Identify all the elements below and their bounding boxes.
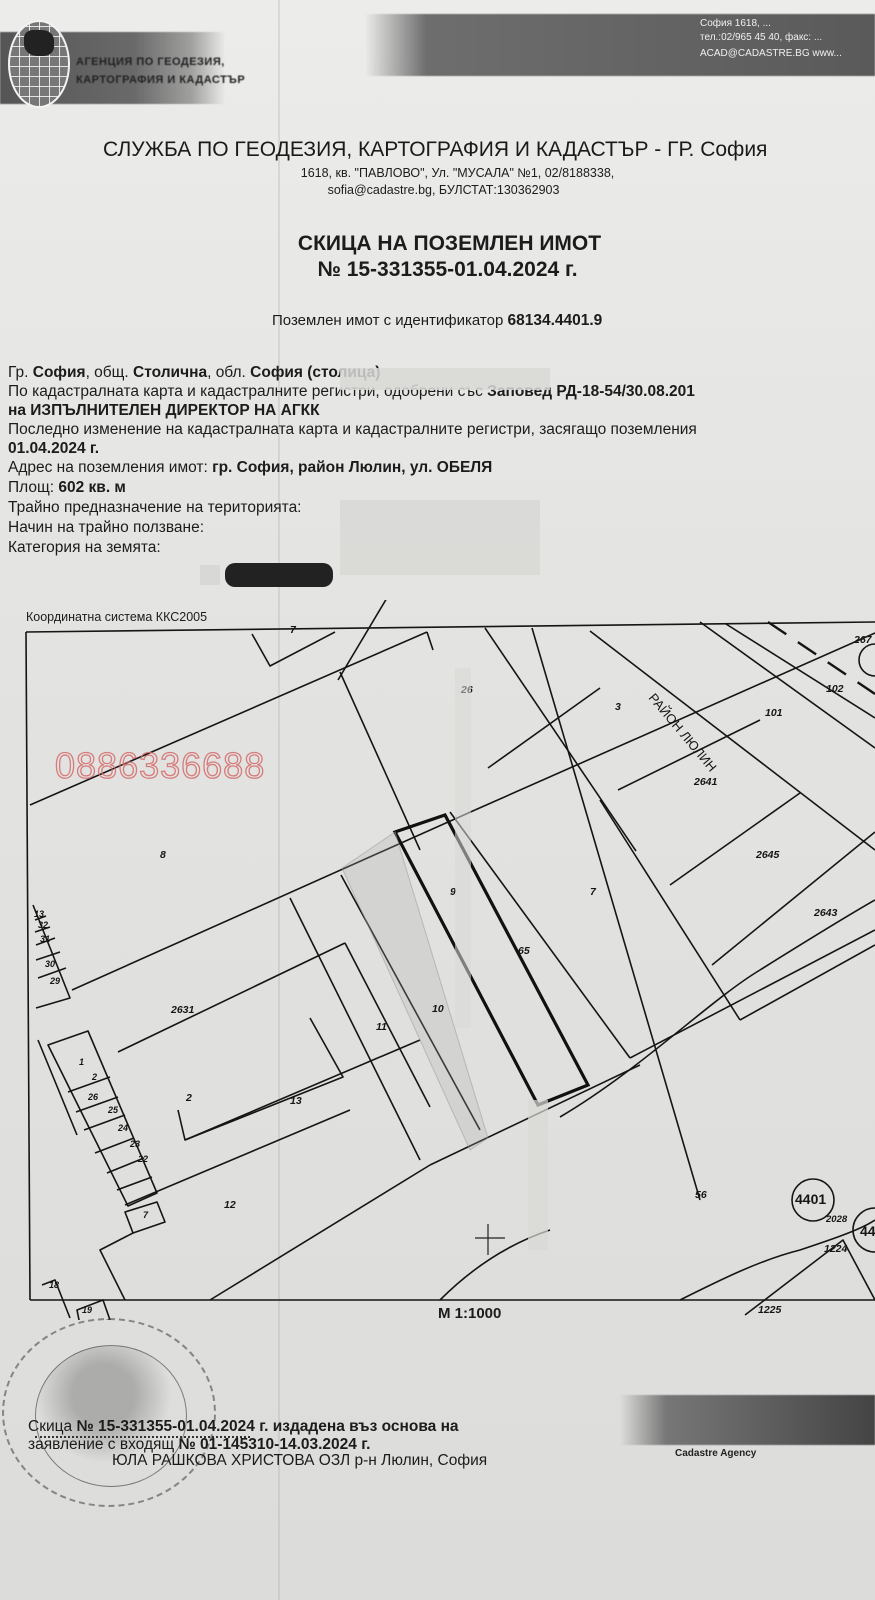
request-prefix: заявление с входящ <box>28 1436 178 1453</box>
agency-name-line1: АГЕНЦИЯ ПО ГЕОДЕЗИЯ, <box>76 56 225 68</box>
location-line: Гр. София, общ. Столична, обл. София (ст… <box>8 364 380 382</box>
svg-text:8: 8 <box>160 849 166 861</box>
purpose-line: Трайно предназначение на територията: <box>8 499 302 517</box>
svg-text:2: 2 <box>185 1092 192 1104</box>
contact-phone: тел.:02/965 45 40, факс: ... <box>700 32 822 43</box>
signature-line <box>35 1436 250 1438</box>
loc-prefix: Гр. <box>8 364 33 381</box>
cadastral-map: 7 26 3 101 102 267 2641 2645 2643 8 9 65… <box>0 600 875 1320</box>
area-line: Площ: 602 кв. м <box>8 479 126 497</box>
last-change-line: Последно изменение на кадастралната карт… <box>8 421 697 439</box>
svg-text:31: 31 <box>40 934 50 944</box>
svg-text:18: 18 <box>49 1280 59 1290</box>
svg-text:11: 11 <box>376 1021 387 1033</box>
svg-text:101: 101 <box>765 707 783 719</box>
category-line: Категория на земята: <box>8 539 161 557</box>
agency-globe-logo-icon <box>8 20 70 108</box>
svg-text:10: 10 <box>432 1003 444 1015</box>
svg-text:25: 25 <box>107 1105 119 1115</box>
request-number: № 01-145310-14.03.2024 г. <box>178 1436 370 1453</box>
property-identifier: Поземлен имот с идентификатор 68134.4401… <box>272 312 602 330</box>
agency-name-line2: КАРТОГРАФИЯ И КАДАСТЪР <box>76 74 245 86</box>
phone-watermark: 0886336688 <box>55 745 265 787</box>
svg-text:13: 13 <box>290 1095 302 1107</box>
svg-text:2641: 2641 <box>693 776 718 788</box>
loc-prefix: , общ. <box>86 364 133 381</box>
identifier-value: 68134.4401.9 <box>507 312 602 329</box>
sketch-title: СКИЦА НА ПОЗЕМЛЕН ИМОТ <box>12 232 875 256</box>
address-label: Адрес на поземления имот: <box>8 459 212 476</box>
address-line: Адрес на поземления имот: гр. София, рай… <box>8 459 492 477</box>
issue-line-1: Скица № 15-331355-01.04.2024 г. издадена… <box>28 1418 459 1436</box>
svg-text:267: 267 <box>853 634 873 646</box>
svg-text:1: 1 <box>79 1057 84 1067</box>
loc-city: София <box>33 364 86 381</box>
district-badge-4401: 4401 <box>795 1191 826 1207</box>
svg-text:29: 29 <box>49 976 60 986</box>
identifier-label: Поземлен имот с идентификатор <box>272 312 503 329</box>
loc-municipality: Столична <box>133 364 207 381</box>
contact-email: ACAD@CADASTRE.BG www... <box>700 48 842 59</box>
svg-text:1224: 1224 <box>824 1243 848 1255</box>
sketch-number-footer: № 15-331355-01.04.2024 г. <box>76 1418 268 1435</box>
svg-text:65: 65 <box>518 945 530 957</box>
svg-text:2643: 2643 <box>813 907 838 919</box>
svg-text:22: 22 <box>137 1154 148 1164</box>
electronic-signature-block <box>620 1395 875 1445</box>
issue-suffix: издадена въз основа на <box>268 1418 458 1435</box>
parcel-label: 7 <box>290 624 297 636</box>
usage-line: Начин на трайно ползване: <box>8 519 204 537</box>
address-value: гр. София, район Люлин, ул. ОБЕЛЯ <box>212 459 492 476</box>
redaction-overlay <box>200 565 220 585</box>
svg-text:44: 44 <box>860 1223 875 1239</box>
sketch-number: № 15-331355-01.04.2024 г. <box>10 258 875 282</box>
redaction-overlay <box>455 668 471 1028</box>
bulgaria-map-icon <box>24 30 54 56</box>
redaction-overlay <box>340 368 550 390</box>
svg-text:19: 19 <box>82 1305 92 1315</box>
svg-text:24: 24 <box>117 1123 128 1133</box>
letterhead-banner-right <box>365 14 875 76</box>
loc-prefix: , обл. <box>207 364 250 381</box>
redaction-overlay <box>340 500 540 575</box>
last-change-date: 01.04.2024 г. <box>8 440 99 458</box>
svg-text:26: 26 <box>87 1092 99 1102</box>
issue-prefix: Скица <box>28 1418 76 1435</box>
svg-text:2028: 2028 <box>825 1214 848 1225</box>
svg-text:102: 102 <box>826 683 844 695</box>
svg-text:13: 13 <box>34 909 44 919</box>
svg-text:12: 12 <box>224 1199 236 1211</box>
esign-agency-label: Cadastre Agency <box>675 1448 756 1459</box>
svg-text:2: 2 <box>91 1072 97 1082</box>
service-title: СЛУЖБА ПО ГЕОДЕЗИЯ, КАРТОГРАФИЯ И КАДАСТ… <box>103 138 767 162</box>
svg-text:2631: 2631 <box>170 1004 195 1016</box>
map-scale: М 1:1000 <box>438 1305 501 1322</box>
service-contacts: sofia@cadastre.bg, БУЛСТАТ:130362903 <box>6 183 875 197</box>
last-change-date-value: 01.04.2024 г. <box>8 440 99 457</box>
svg-text:23: 23 <box>129 1139 140 1149</box>
svg-text:32: 32 <box>38 920 48 930</box>
svg-text:2645: 2645 <box>755 849 780 861</box>
svg-text:7: 7 <box>590 886 597 898</box>
area-label: Площ: <box>8 479 58 496</box>
contact-address: София 1618, ... <box>700 18 771 29</box>
svg-text:56: 56 <box>695 1189 707 1201</box>
redaction-overlay <box>528 1100 548 1250</box>
svg-text:3: 3 <box>615 701 621 713</box>
svg-text:7: 7 <box>143 1210 149 1220</box>
svg-text:30: 30 <box>45 959 55 969</box>
svg-text:1225: 1225 <box>758 1304 782 1316</box>
director-line: на ИЗПЪЛНИТЕЛЕН ДИРЕКТОР НА АГКК <box>8 402 320 420</box>
service-address: 1618, кв. "ПАВЛОВО", Ул. "МУСАЛА" №1, 02… <box>20 166 875 180</box>
director-text: на ИЗПЪЛНИТЕЛЕН ДИРЕКТОР НА АГКК <box>8 402 320 419</box>
area-value: 602 кв. м <box>58 479 126 496</box>
signer-name: ЮЛА РАШКОВА ХРИСТОВА ОЗЛ р-н Люлин, Софи… <box>112 1452 487 1470</box>
redaction-black-bar <box>225 563 333 587</box>
